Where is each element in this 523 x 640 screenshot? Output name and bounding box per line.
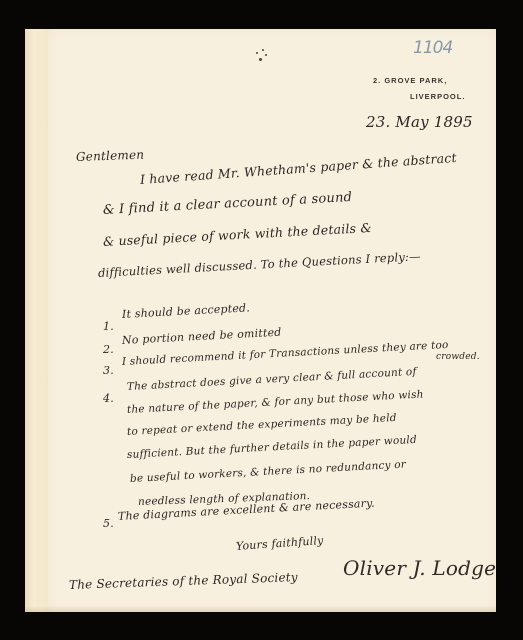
- answer-number: 2.: [103, 343, 114, 356]
- archive-number: 1104: [413, 38, 452, 58]
- answer-text-continuation: crowded.: [436, 352, 480, 362]
- paper-bottom-shadow: [25, 606, 496, 612]
- letterhead-address-line1: 2. GROVE PARK,: [373, 76, 447, 85]
- salutation: Gentlemen: [76, 148, 145, 164]
- letter-date: 23. May 1895: [366, 113, 473, 131]
- signature: Oliver J. Lodge: [343, 556, 496, 580]
- answer-number: 3.: [103, 364, 114, 377]
- answer-number: 1.: [103, 320, 114, 333]
- letterhead-address-line2: LIVERPOOL.: [410, 92, 465, 101]
- answer-number: 5.: [103, 517, 114, 530]
- paper-edge-strip: [25, 29, 50, 612]
- embossed-crest-mark: [254, 48, 268, 64]
- scanned-letter: 1104 2. GROVE PARK, LIVERPOOL. 23. May 1…: [0, 0, 523, 640]
- answer-number: 4.: [103, 392, 114, 405]
